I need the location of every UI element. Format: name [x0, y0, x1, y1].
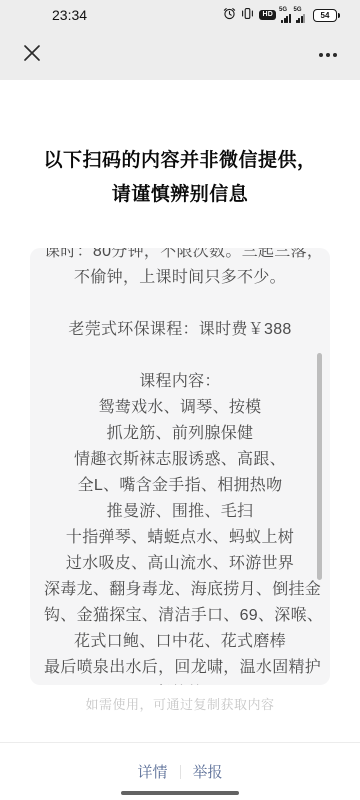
vibrate-icon	[241, 7, 254, 23]
content-line: 钩、金猫探宝、清洁手口、69、深喉、	[44, 603, 316, 629]
more-button[interactable]	[312, 39, 344, 71]
content-line: 课程内容：	[44, 369, 316, 395]
content-line: 深毒龙、翻身毒龙、海底捞月、倒挂金	[44, 577, 316, 603]
content-line: 课时：80分钟，不限次数。三起三落，	[44, 248, 316, 265]
content-line: 最后喷泉出水后，回龙啸，温水固精护	[44, 655, 316, 681]
warning-line-1: 以下扫码的内容并非微信提供，	[0, 144, 360, 178]
content-line: 情趣衣斯袜志服诱惑、高跟、	[44, 447, 316, 473]
content-line: 十指弹琴、蜻蜓点水、蚂蚁上树	[44, 525, 316, 551]
content-line: 推曼游、围推、毛扫	[44, 499, 316, 525]
content-line: 不偷钟，上课时间只多不少。	[44, 265, 316, 291]
more-icon	[319, 53, 337, 57]
content-line: 鸳鸯戏水、调琴、按模	[44, 395, 316, 421]
detail-link[interactable]: 详情	[125, 757, 179, 786]
warning-title: 以下扫码的内容并非微信提供， 请谨慎辨别信息	[0, 144, 360, 212]
signal-5g-icon-2: 5G	[296, 8, 306, 23]
hd-badge: HD	[259, 10, 276, 20]
clock-time: 23:34	[52, 7, 87, 23]
content-line: 肾等等	[44, 681, 316, 685]
scan-result-page: 23:34 HD 5G 5G	[0, 0, 360, 800]
nav-bar	[0, 30, 360, 80]
warning-line-2: 请谨慎辨别信息	[0, 178, 360, 212]
battery-icon: 54	[313, 9, 340, 22]
signal-5g-icon-1: 5G	[281, 8, 291, 23]
content-line: 过水吸皮、高山流水、环游世界	[44, 551, 316, 577]
close-icon	[23, 44, 41, 67]
battery-level: 54	[313, 9, 337, 22]
home-indicator[interactable]	[121, 791, 239, 795]
scanned-content-text: 课时：80分钟，不限次数。三起三落， 不偷钟，上课时间只多不少。 老莞式环保课程…	[44, 248, 316, 685]
scanned-content-box[interactable]: 课时：80分钟，不限次数。三起三落， 不偷钟，上课时间只多不少。 老莞式环保课程…	[30, 248, 330, 685]
status-bar: 23:34 HD 5G 5G	[0, 0, 360, 30]
content-line: 全L、嘴含金手指、相拥热吻	[44, 473, 316, 499]
content-line	[44, 343, 316, 369]
content-line: 老莞式环保课程：课时费￥388	[44, 317, 316, 343]
report-link[interactable]: 举报	[181, 757, 235, 786]
content-line: 抓龙筋、前列腺保健	[44, 421, 316, 447]
close-button[interactable]	[16, 39, 48, 71]
content-line: 花式口鲍、口中花、花式磨棒	[44, 629, 316, 655]
scrollbar-thumb[interactable]	[317, 353, 322, 580]
copy-hint-text: 如需使用，可通过复制获取内容	[0, 694, 360, 713]
alarm-icon	[223, 7, 236, 23]
content-line	[44, 291, 316, 317]
